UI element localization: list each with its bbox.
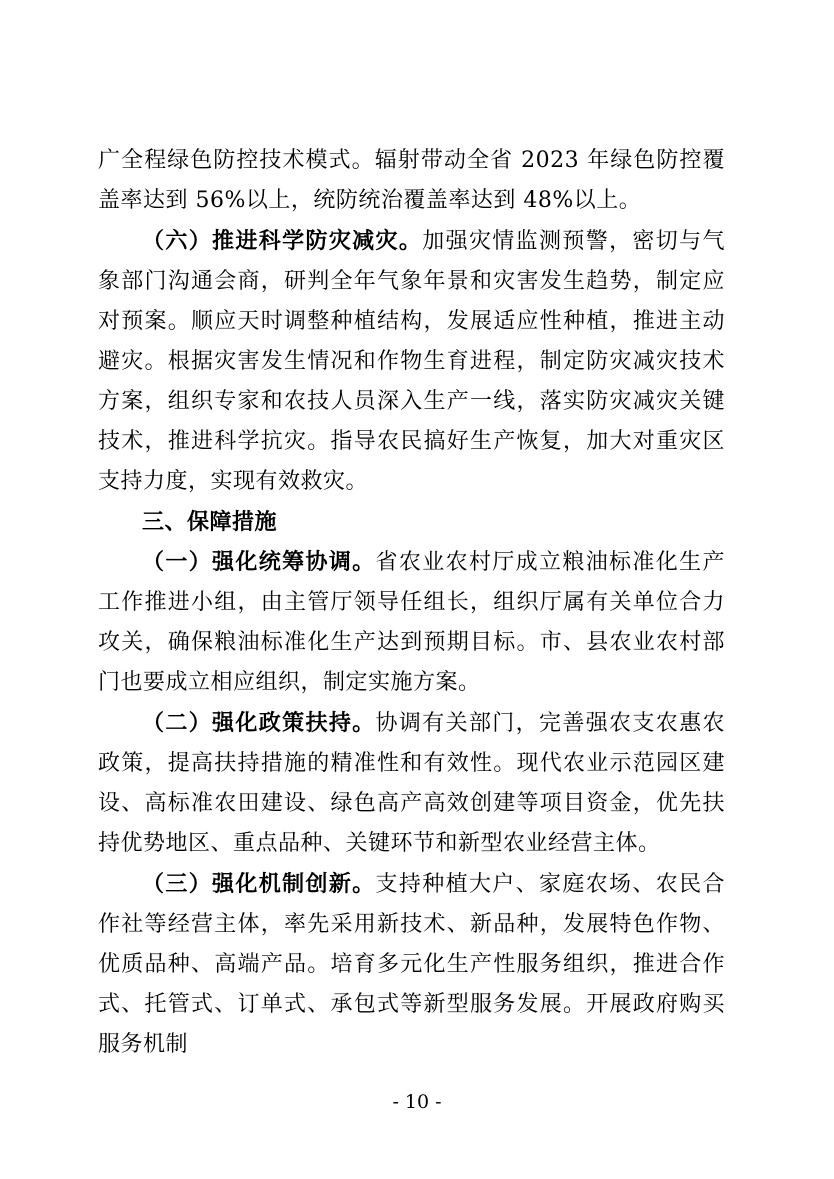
document-page: 广全程绿色防控技术模式。辐射带动全省 2023 年绿色防控覆盖率达到 56%以上… xyxy=(0,0,834,1179)
page-footer: - 10 - xyxy=(0,1089,834,1115)
section-six-lead: （六）推进科学防灾减灾。 xyxy=(142,228,422,254)
section-six-text: 加强灾情监测预警，密切与气象部门沟通会商，研判全年气象年景和灾害发生趋势，制定应… xyxy=(98,229,725,494)
paragraph-section-one: （一）强化统筹协调。省农业农村厅成立粮油标准化生产工作推进小组，由主管厅领导任组… xyxy=(98,542,725,703)
paragraph-continuation: 广全程绿色防控技术模式。辐射带动全省 2023 年绿色防控覆盖率达到 56%以上… xyxy=(98,141,725,221)
paragraph-section-two: （二）强化政策扶持。协调有关部门，完善强农支农惠农政策，提高扶持措施的精准性和有… xyxy=(98,703,725,864)
paragraph-section-six: （六）推进科学防灾减灾。加强灾情监测预警，密切与气象部门沟通会商，研判全年气象年… xyxy=(98,221,725,502)
page-number: - 10 - xyxy=(392,1091,441,1113)
chapter-heading-three: 三、保障措施 xyxy=(98,502,725,542)
section-three-lead: （三）强化机制创新。 xyxy=(142,871,376,897)
document-body: 广全程绿色防控技术模式。辐射带动全省 2023 年绿色防控覆盖率达到 56%以上… xyxy=(98,141,725,1065)
section-three-text: 支持种植大户、家庭农场、农民合作社等经营主体，率先采用新技术、新品种，发展特色作… xyxy=(98,872,725,1057)
paragraph-section-three: （三）强化机制创新。支持种植大户、家庭农场、农民合作社等经营主体，率先采用新技术… xyxy=(98,864,725,1065)
section-one-lead: （一）强化统筹协调。 xyxy=(142,549,376,575)
section-two-lead: （二）强化政策扶持。 xyxy=(142,710,376,736)
